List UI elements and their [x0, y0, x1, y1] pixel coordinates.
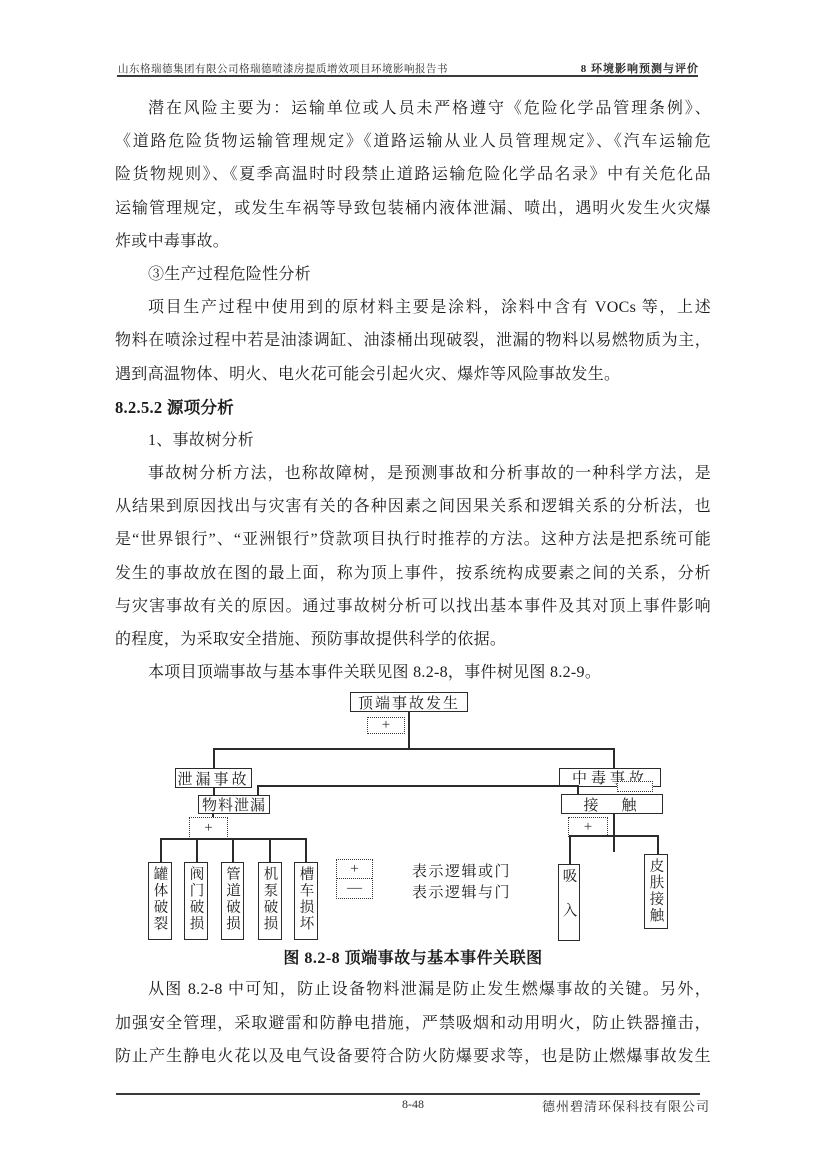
basic-event-inhalation: 吸入: [558, 864, 580, 941]
paragraph-line: 遇到高温物体、明火、电火花可能会引起火灾、爆炸等风险事故发生。: [115, 358, 711, 391]
section-heading: 8.2.5.2 源项分析: [115, 391, 711, 424]
page-body: 潜在风险主要为：运输单位或人员未严格遵守《危险化学品管理条例》、 《道路危险货物…: [115, 92, 711, 1073]
connector-line: [196, 838, 198, 862]
basic-event-tanker-damage: 槽车损坏: [294, 862, 318, 940]
footer-rule: [116, 1093, 700, 1095]
figure-caption: 图 8.2-8 顶端事故与基本事件关联图: [115, 945, 711, 973]
or-gate-symbol: +: [337, 860, 372, 879]
paragraph-line: 险货物规则》、《夏季高温时时段禁止道路运输危险化学品名录》中有关危化品: [115, 158, 711, 191]
basic-event-tank-rupture: 罐体破裂: [148, 862, 172, 940]
connector-line: [577, 785, 579, 794]
connector-line: [257, 785, 578, 787]
or-gate-poison: [617, 781, 653, 792]
header-doc-title: 山东格瑞德集团有限公司格瑞德喷漆房提质增效项目环境影响报告书: [118, 61, 448, 76]
contact-box: 接 触: [561, 794, 663, 814]
legend-and-label: 表示逻辑与门: [412, 881, 511, 902]
paragraph-line: 炸或中毒事故。: [115, 225, 711, 258]
header-chapter: 8 环境影响预测与评价: [581, 60, 699, 76]
paragraph-line: 加强安全管理，采取避雷和防静电措施，严禁吸烟和动用明火，防止铁器撞击，: [115, 1007, 711, 1040]
connector-line: [569, 835, 658, 837]
paragraph-line: 的程度，为采取安全措施、预防事故提供科学的依据。: [115, 623, 711, 656]
paragraph-line: 事故树分析方法，也称故障树，是预测事故和分析事故的一种科学方法，是: [115, 457, 711, 490]
paragraph-line: 从结果到原因找出与灾害有关的各种因素之间因果关系和逻辑关系的分析法，也: [115, 490, 711, 523]
top-event-box: 顶端事故发生: [350, 692, 468, 712]
connector-line: [613, 748, 615, 768]
paragraph-line: 项目生产过程中使用到的原材料主要是涂料，涂料中含有 VOCs 等，上述: [115, 291, 711, 324]
fault-tree-diagram: 顶端事故发生 + 泄漏事故 中毒事故 物料泄漏 接 触 + +: [115, 689, 711, 945]
connector-line: [160, 838, 162, 862]
paragraph-line: 潜在风险主要为：运输单位或人员未严格遵守《危险化学品管理条例》、: [115, 92, 711, 125]
paragraph-line: 与灾害事故有关的原因。通过事故树分析可以找出基本事件及其对顶上事件影响: [115, 590, 711, 623]
leak-accident-box: 泄漏事故: [175, 768, 252, 788]
legend-gate-symbols: + —: [336, 859, 373, 899]
connector-line: [269, 838, 271, 862]
paragraph-line: 是“世界银行”、“亚洲银行”贷款项目执行时推荐的方法。这种方法是把系统可能: [115, 523, 711, 556]
or-gate-top: +: [367, 717, 405, 734]
connector-line: [569, 835, 571, 864]
paragraph-line: 本项目顶端事故与基本事件关联见图 8.2-8，事件树见图 8.2-9。: [115, 656, 711, 689]
connector-line: [232, 838, 234, 862]
paragraph-line: 1、事故树分析: [115, 424, 711, 457]
paragraph-line: 从图 8.2-8 中可知，防止设备物料泄漏是防止发生燃爆事故的关键。另外，: [115, 973, 711, 1006]
basic-event-skin-contact: 皮肤接触: [644, 854, 668, 929]
legend-or-label: 表示逻辑或门: [412, 860, 511, 881]
connector-line: [408, 712, 410, 748]
or-gate-contact: +: [568, 817, 608, 837]
connector-line: [213, 748, 614, 750]
basic-event-pipe-damage: 管道破损: [221, 862, 244, 940]
basic-event-valve-damage: 阀门破损: [184, 862, 208, 940]
and-gate-symbol: —: [337, 879, 372, 898]
paragraph-line: 运输管理规定，或发生车祸等导致包装桶内液体泄漏、喷出，遇明火发生火灾爆: [115, 192, 711, 225]
connector-line: [657, 835, 659, 854]
basic-event-pump-damage: 机泵破损: [258, 862, 282, 940]
connector-line: [613, 814, 615, 852]
connector-line: [160, 838, 307, 840]
document-page: 山东格瑞德集团有限公司格瑞德喷漆房提质增效项目环境影响报告书 8 环境影响预测与…: [0, 0, 827, 1169]
connector-line: [305, 838, 307, 862]
paragraph-line: 防止产生静电火花以及电气设备要符合防火防爆要求等，也是防止燃爆事故发生: [115, 1040, 711, 1073]
footer-company: 德州碧清环保科技有限公司: [542, 1096, 710, 1115]
paragraph-line: 发生的事故放在图的最上面，称为顶上事件，按系统构成要素之间的关系，分析: [115, 557, 711, 590]
material-leak-box: 物料泄漏: [198, 795, 270, 814]
connector-line: [213, 748, 215, 768]
header-rule: [117, 75, 698, 77]
paragraph-line: 《道路危险货物运输管理规定》《道路运输从业人员管理规定》、《汽车运输危: [115, 125, 711, 158]
paragraph-line: ③生产过程危险性分析: [115, 258, 711, 291]
or-gate-material: +: [189, 817, 228, 839]
paragraph-line: 物料在喷涂过程中若是油漆调缸、油漆桶出现破裂，泄漏的物料以易燃物质为主，: [115, 324, 711, 357]
